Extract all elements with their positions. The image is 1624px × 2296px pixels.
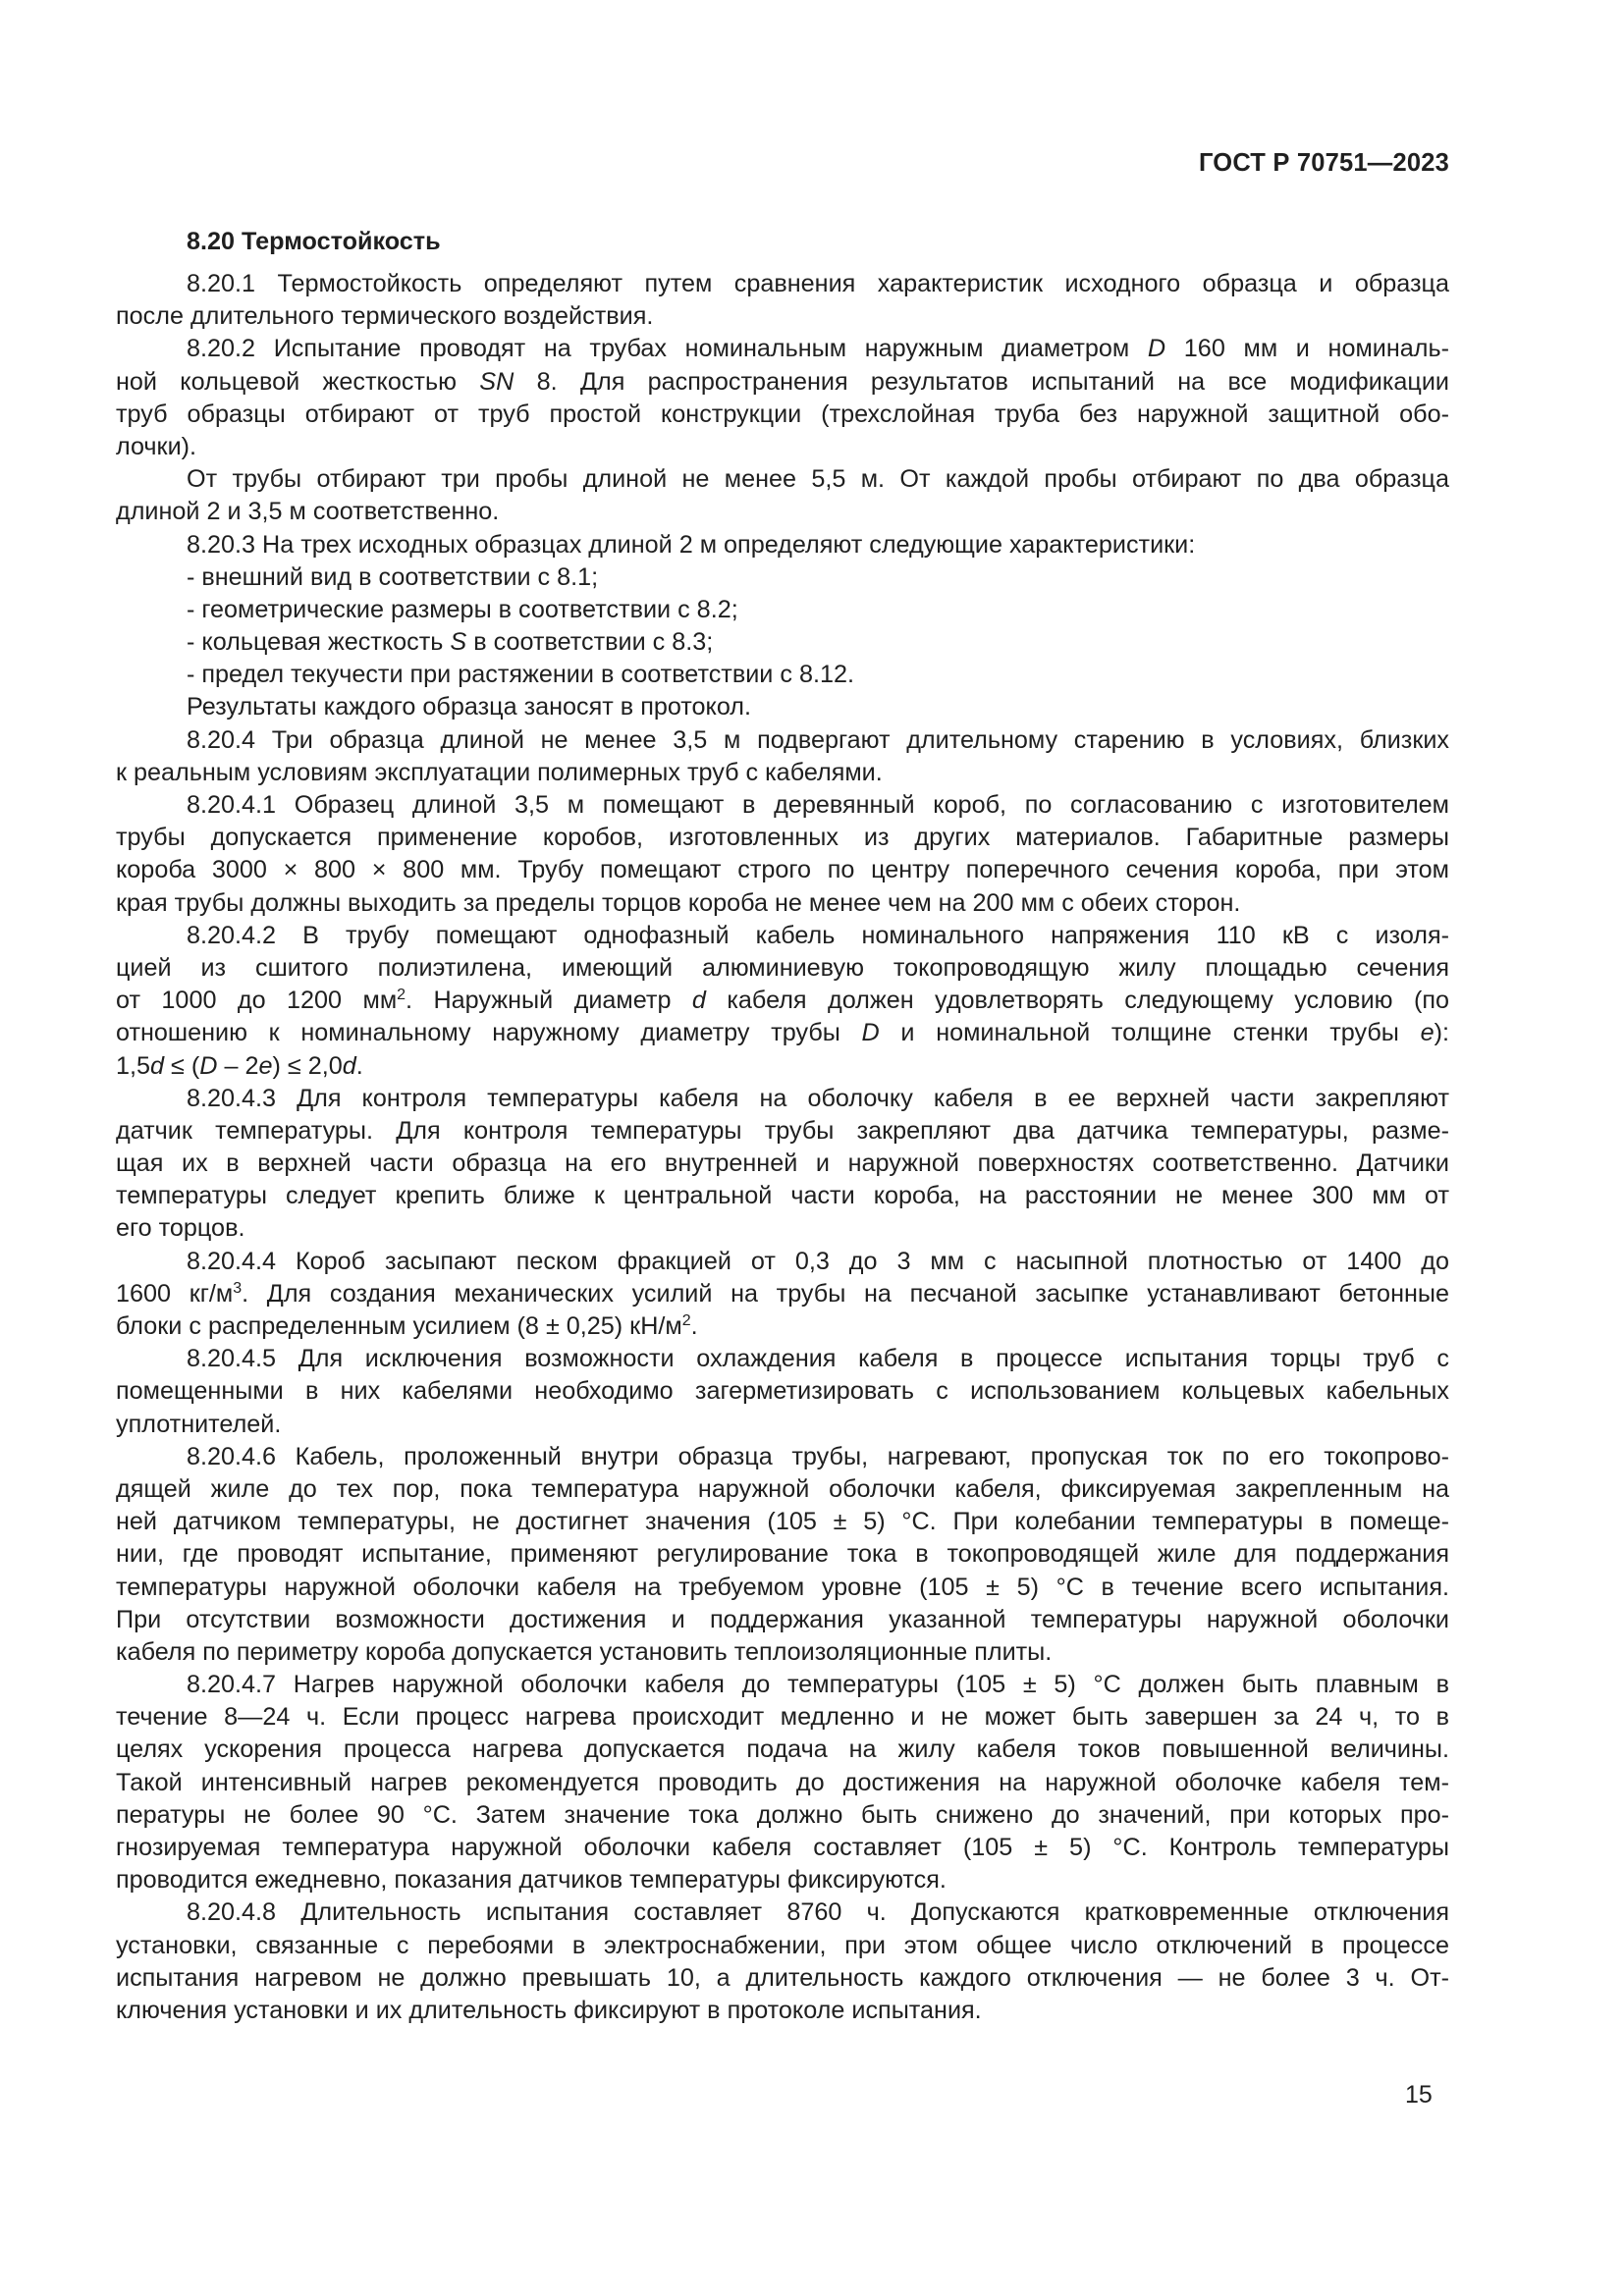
text-line: к реальным условиям эксплуатации полимер…: [116, 757, 1449, 789]
text-line: короба 3000 × 800 × 800 мм. Трубу помеща…: [116, 854, 1449, 886]
text-line: кабеля по периметру короба допускается у…: [116, 1636, 1449, 1669]
text-line: 8.20.3 На трех исходных образцах длиной …: [116, 529, 1449, 561]
text-line: ней датчиком температуры, не достигнет з…: [116, 1506, 1449, 1538]
text-line: - предел текучести при растяжении в соот…: [116, 659, 1449, 691]
text-line: гнозируемая температура наружной оболочк…: [116, 1832, 1449, 1864]
text-line: Результаты каждого образца заносят в про…: [116, 691, 1449, 723]
text-line: температуры наружной оболочки кабеля на …: [116, 1572, 1449, 1604]
text-line: датчик температуры. Для контроля темпера…: [116, 1115, 1449, 1148]
text-line: отношению к номинальному наружному диаме…: [116, 1017, 1449, 1049]
document-id-header: ГОСТ Р 70751—2023: [1199, 149, 1449, 178]
text-line: 8.20.2 Испытание проводят на трубах номи…: [116, 333, 1449, 365]
text-line: дящей жиле до тех пор, пока температура …: [116, 1473, 1449, 1506]
text-line: От трубы отбирают три пробы длиной не ме…: [116, 463, 1449, 496]
text-line: края трубы должны выходить за пределы то…: [116, 887, 1449, 920]
page-number: 15: [1405, 2081, 1433, 2109]
document-page: ГОСТ Р 70751—2023 8.20 Термостойкость 8.…: [0, 0, 1624, 2296]
text-line: трубы допускается применение коробов, из…: [116, 822, 1449, 854]
text-line: щая их в верхней части образца на его вн…: [116, 1148, 1449, 1180]
section-8-20-body: 8.20 Термостойкость 8.20.1 Термостойкост…: [116, 224, 1449, 2027]
text-line: Такой интенсивный нагрев рекомендуется п…: [116, 1767, 1449, 1799]
text-line: 8.20.4.4 Короб засыпают песком фракцией …: [116, 1246, 1449, 1278]
text-line: от 1000 до 1200 мм2. Наружный диаметр d …: [116, 985, 1449, 1017]
text-line: 8.20.4.1 Образец длиной 3,5 м помещают в…: [116, 789, 1449, 822]
text-line: целях ускорения процесса нагрева допуска…: [116, 1734, 1449, 1766]
text-line: длиной 2 и 3,5 м соответственно.: [116, 496, 1449, 528]
text-line: помещенными в них кабелями необходимо за…: [116, 1375, 1449, 1408]
text-line: цией из сшитого полиэтилена, имеющий алю…: [116, 952, 1449, 985]
text-line: его торцов.: [116, 1212, 1449, 1245]
text-line: 8.20.4.3 Для контроля температуры кабеля…: [116, 1083, 1449, 1115]
text-line: уплотнителей.: [116, 1409, 1449, 1441]
text-line: температуры следует крепить ближе к цент…: [116, 1180, 1449, 1212]
text-line: 8.20.4.2 В трубу помещают однофазный каб…: [116, 920, 1449, 952]
text-line: лочки).: [116, 431, 1449, 463]
text-line: - внешний вид в соответствии с 8.1;: [116, 561, 1449, 594]
text-line: ной кольцевой жесткостью SN 8. Для распр…: [116, 366, 1449, 399]
text-line: 8.20.4.5 Для исключения возможности охла…: [116, 1343, 1449, 1375]
text-line: после длительного термического воздейств…: [116, 300, 1449, 333]
paragraph-lines: 8.20.1 Термостойкость определяют путем с…: [116, 268, 1449, 2027]
text-line: пературы не более 90 °С. Затем значение …: [116, 1799, 1449, 1832]
section-heading: 8.20 Термостойкость: [116, 224, 1449, 259]
text-line: нии, где проводят испытание, применяют р…: [116, 1538, 1449, 1571]
text-line: ключения установки и их длительность фик…: [116, 1995, 1449, 2027]
text-line: блоки с распределенным усилием (8 ± 0,25…: [116, 1310, 1449, 1343]
text-line: 8.20.4.8 Длительность испытания составля…: [116, 1896, 1449, 1929]
text-line: 8.20.4 Три образца длиной не менее 3,5 м…: [116, 724, 1449, 757]
text-line: 8.20.4.7 Нагрев наружной оболочки кабеля…: [116, 1669, 1449, 1701]
text-line: - кольцевая жесткость S в соответствии с…: [116, 626, 1449, 659]
text-line: - геометрические размеры в соответствии …: [116, 594, 1449, 626]
text-line: 8.20.1 Термостойкость определяют путем с…: [116, 268, 1449, 300]
text-line: течение 8—24 ч. Если процесс нагрева про…: [116, 1701, 1449, 1734]
text-line: труб образцы отбирают от труб простой ко…: [116, 399, 1449, 431]
text-line: установки, связанные с перебоями в элект…: [116, 1930, 1449, 1962]
text-line: 1,5d ≤ (D – 2e) ≤ 2,0d.: [116, 1050, 1449, 1083]
text-line: испытания нагревом не должно превышать 1…: [116, 1962, 1449, 1995]
text-line: проводится ежедневно, показания датчиков…: [116, 1864, 1449, 1896]
text-line: 8.20.4.6 Кабель, проложенный внутри обра…: [116, 1441, 1449, 1473]
text-line: 1600 кг/м3. Для создания механических ус…: [116, 1278, 1449, 1310]
text-line: При отсутствии возможности достижения и …: [116, 1604, 1449, 1636]
